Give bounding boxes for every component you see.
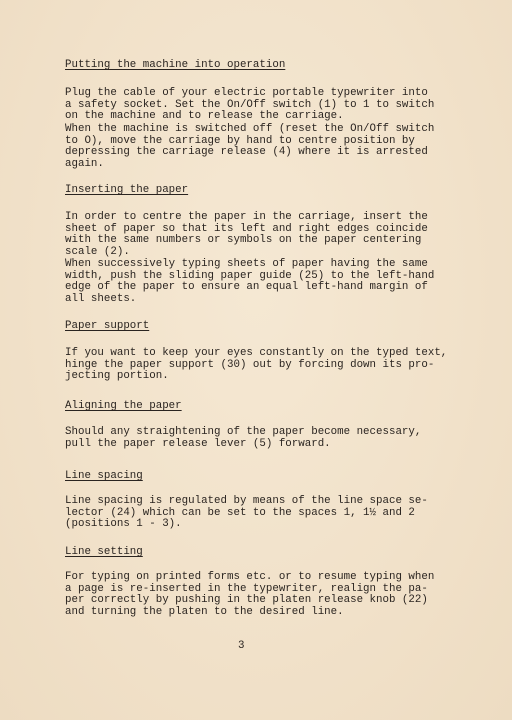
paragraph: In order to centre the paper in the carr… xyxy=(65,212,428,258)
section-heading-aligning-paper: Aligning the paper xyxy=(65,401,182,413)
paragraph: For typing on printed forms etc. or to r… xyxy=(65,572,434,618)
page-number: 3 xyxy=(238,640,244,652)
section-heading-line-spacing: Line spacing xyxy=(65,471,143,483)
section-heading-line-setting: Line setting xyxy=(65,547,143,559)
paragraph: When the machine is switched off (reset … xyxy=(65,124,434,170)
section-heading-putting-into-operation: Putting the machine into operation xyxy=(65,60,285,72)
section-heading-paper-support: Paper support xyxy=(65,321,149,333)
section-heading-inserting-paper: Inserting the paper xyxy=(65,185,188,197)
paragraph: Plug the cable of your electric portable… xyxy=(65,88,434,123)
paragraph: Line spacing is regulated by means of th… xyxy=(65,496,428,531)
paragraph: Should any straightening of the paper be… xyxy=(65,427,421,450)
document-page: Putting the machine into operation Plug … xyxy=(0,0,512,720)
paragraph: If you want to keep your eyes constantly… xyxy=(65,348,447,383)
paragraph: When successively typing sheets of paper… xyxy=(65,259,434,305)
